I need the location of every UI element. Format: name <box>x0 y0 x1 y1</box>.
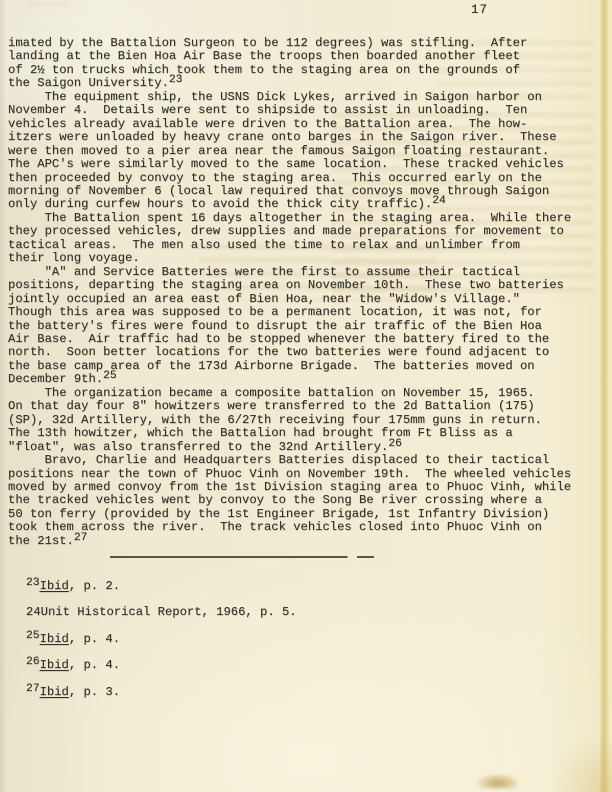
footnote-25: 25Ibid, p. 4. <box>26 633 297 646</box>
paragraph-text: The organization became a composite batt… <box>8 386 542 454</box>
paragraph-text: Bravo, Charlie and Headquarters Batterie… <box>8 453 571 548</box>
footnote-separator <box>110 556 374 558</box>
footnote-26: 26Ibid, p. 4. <box>26 659 297 672</box>
paragraph-1: imated by the Battalion Surgeon to be 11… <box>8 37 608 91</box>
paragraph-3: The Battalion spent 16 days altogether i… <box>8 212 608 266</box>
footnote-24: 24Unit Historical Report, 1966, p. 5. <box>26 606 297 619</box>
page-number: 17 <box>471 3 488 17</box>
paragraph-text: imated by the Battalion Surgeon to be 11… <box>8 36 527 90</box>
paragraph-6: Bravo, Charlie and Headquarters Batterie… <box>8 454 608 548</box>
footnote-number: 24 <box>26 605 41 619</box>
footnote-source: Unit Historical Report <box>41 605 202 619</box>
paragraph-4: "A" and Service Batteries were the first… <box>8 266 608 387</box>
footnote-detail: , p. 3. <box>69 685 120 699</box>
bleed-through-artifact <box>26 2 70 17</box>
footnote-source: Ibid <box>40 685 69 699</box>
body-text: imated by the Battalion Surgeon to be 11… <box>8 37 608 548</box>
paper-left-edge <box>0 0 6 792</box>
footnote-detail: , p. 4. <box>69 658 120 672</box>
footnote-23: 23Ibid, p. 2. <box>26 580 297 593</box>
footnote-source: Ibid <box>40 658 69 672</box>
footnote-detail: , p. 4. <box>69 632 120 646</box>
footnote-source: Ibid <box>40 579 69 593</box>
paragraph-2: The equipment ship, the USNS Dick Lykes,… <box>8 91 608 212</box>
footnotes: 23Ibid, p. 2.24Unit Historical Report, 1… <box>26 580 297 712</box>
ink-stain <box>477 774 519 789</box>
paragraph-5: The organization became a composite batt… <box>8 387 608 454</box>
paragraph-text: The equipment ship, the USNS Dick Lykes,… <box>8 90 564 212</box>
footnote-detail: , p. 2. <box>69 579 120 593</box>
footnote-source: Ibid <box>40 632 69 646</box>
footnote-detail: , 1966, p. 5. <box>202 605 297 619</box>
paragraph-text: "A" and Service Batteries were the first… <box>8 265 564 387</box>
footnote-27: 27Ibid, p. 3. <box>26 686 297 699</box>
paragraph-text: The Battalion spent 16 days altogether i… <box>8 211 571 265</box>
document-page: 17 imated by the Battalion Surgeon to be… <box>0 0 612 792</box>
